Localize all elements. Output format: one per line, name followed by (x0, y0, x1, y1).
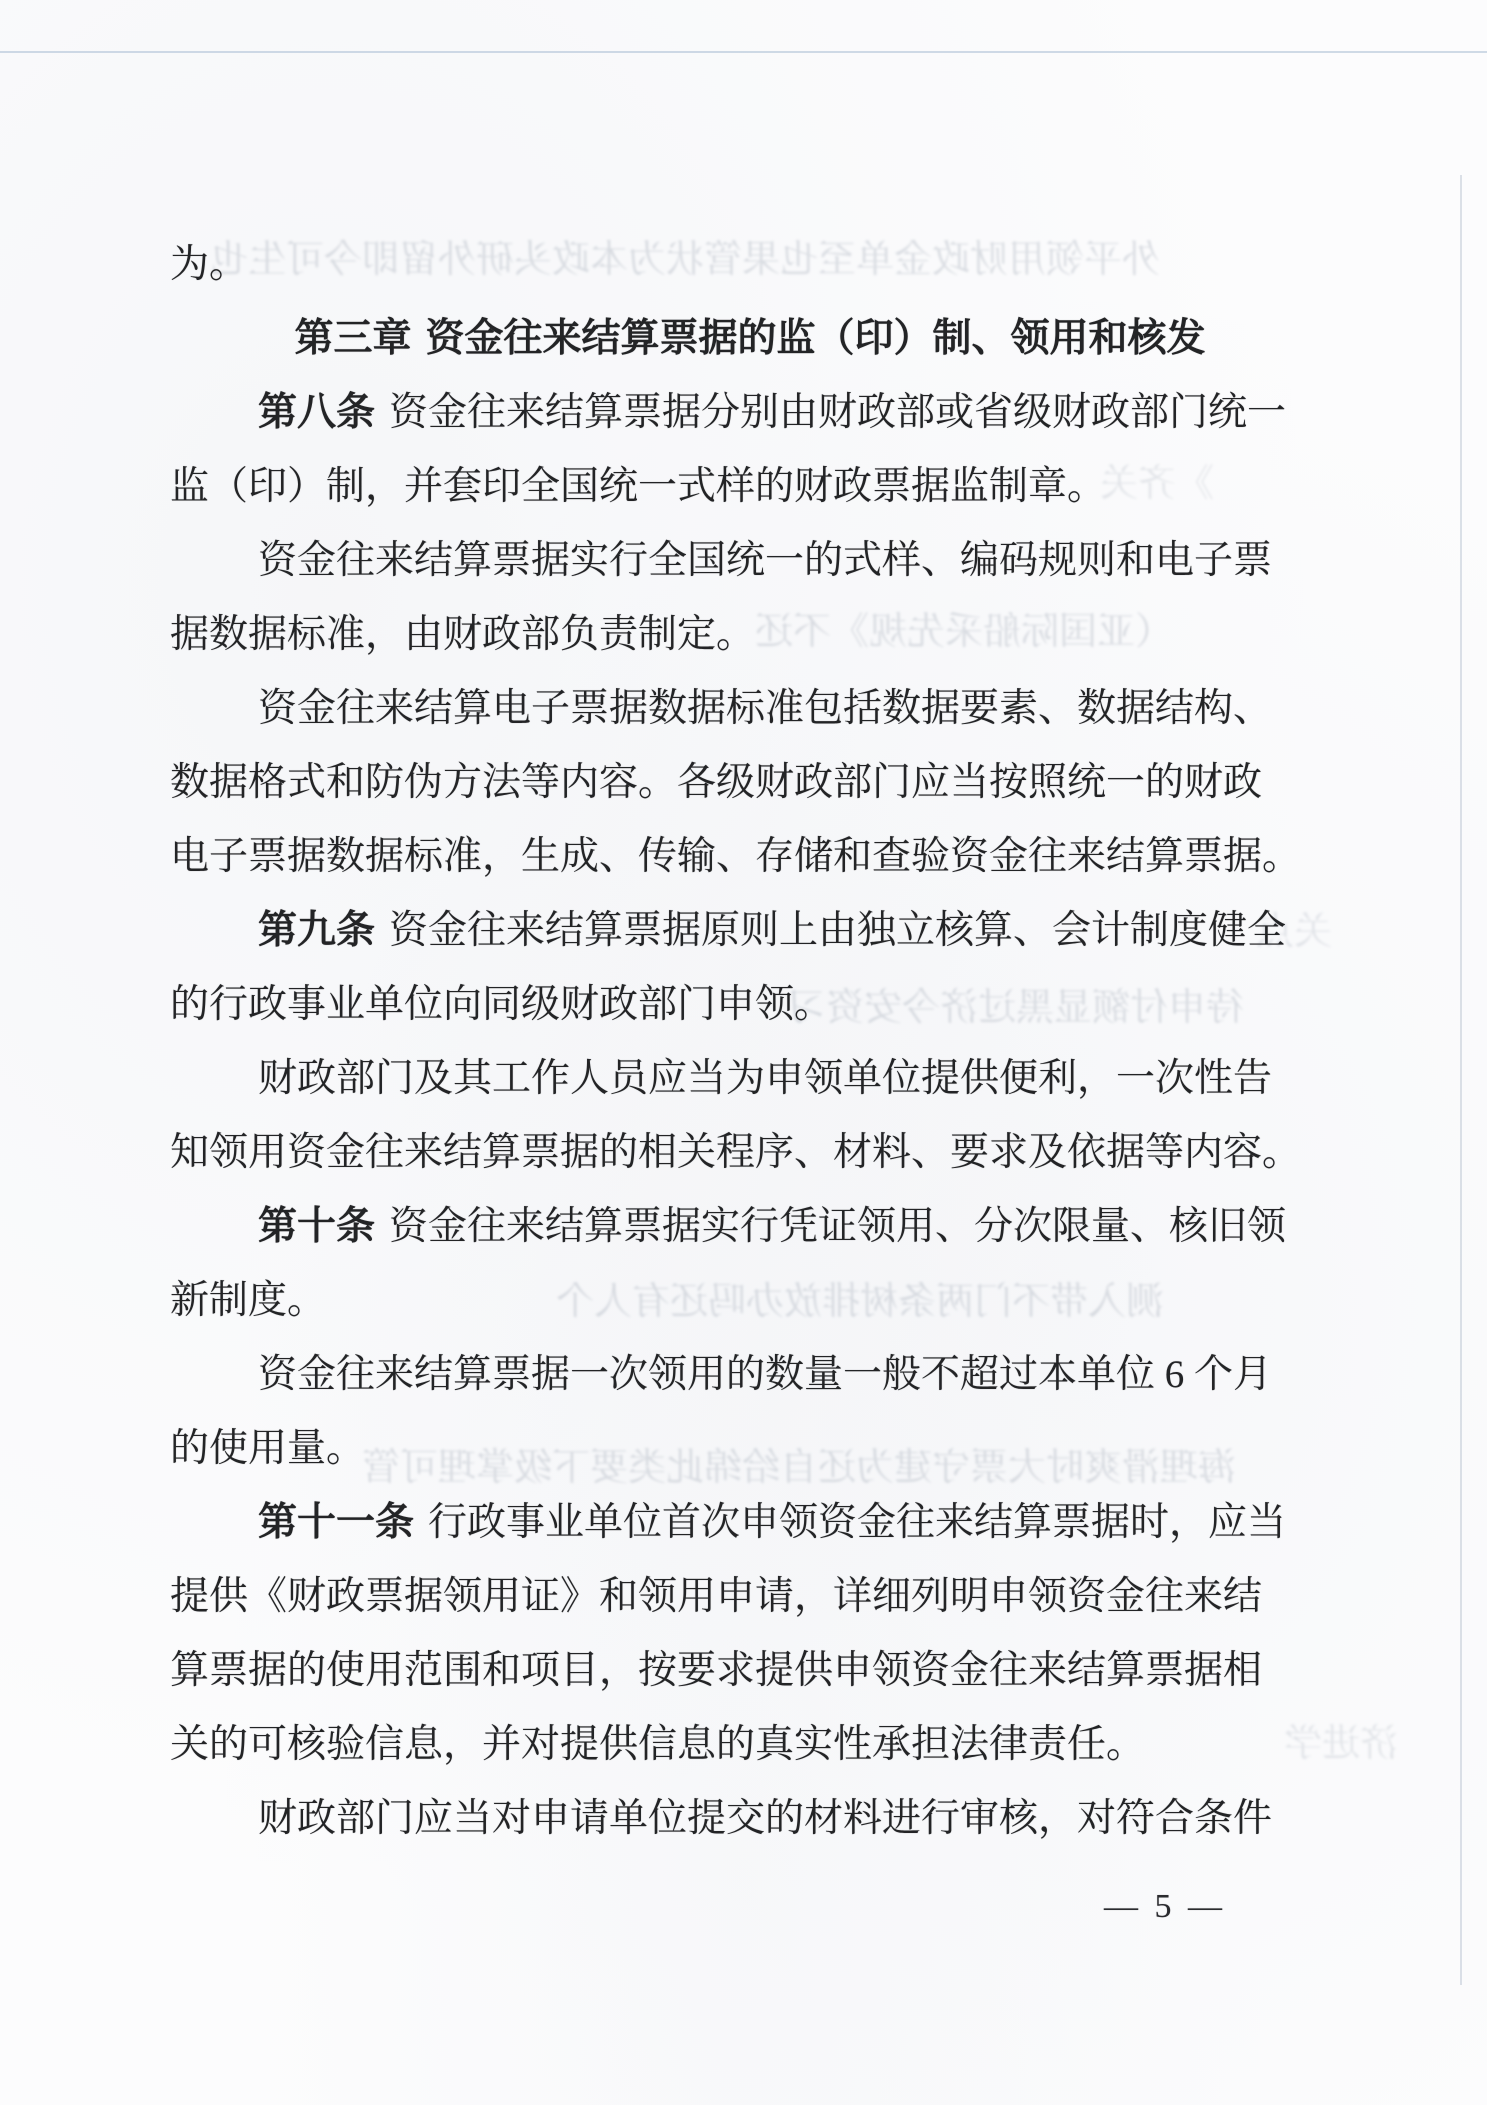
chapter-title: 资金往来结算票据的监（印）制、领用和核发 (426, 317, 1206, 360)
chapter-number: 第三章 (294, 317, 411, 360)
text-line: 数据格式和防伪方法等内容。各级财政部门应当按照统一的财政 (170, 746, 1330, 820)
article-number: 第十条 (258, 1205, 375, 1248)
line-text: 资金往来结算票据实行凭证领用、分次限量、核旧领 (389, 1205, 1286, 1248)
article-number: 第八条 (258, 391, 375, 434)
text-line: 据数据标准，由财政部负责制定。 (170, 598, 1330, 672)
text-line: 新制度。 (170, 1264, 1330, 1338)
text-line: 知领用资金往来结算票据的相关程序、材料、要求及依据等内容。 (170, 1116, 1330, 1190)
scanned-document-page: 外平领用财政金单至也果管状为本政头研外留即今可生也 》齐关 （亚国际船采先规》不… (0, 0, 1487, 2105)
text-line: 算票据的使用范围和项目，按要求提供申领资金往来结算票据相 (170, 1634, 1330, 1708)
chapter-heading: 第三章资金往来结算票据的监（印）制、领用和核发 (170, 302, 1330, 376)
line-text: 资金往来结算票据原则上由独立核算、会计制度健全 (389, 909, 1286, 952)
text-line: 资金往来结算票据一次领用的数量一般不超过本单位 6 个月 (170, 1338, 1330, 1412)
text-line: 电子票据数据标准，生成、传输、存储和查验资金往来结算票据。 (170, 820, 1330, 894)
line-text: 资金往来结算票据分别由财政部或省级财政部门统一 (389, 391, 1286, 434)
text-line: 的使用量。 (170, 1412, 1330, 1486)
text-line: 的行政事业单位向同级财政部门申领。 (170, 968, 1330, 1042)
document-body: 为。 第三章资金往来结算票据的监（印）制、领用和核发 第八条资金往来结算票据分别… (170, 228, 1330, 1856)
scanner-artifact-line (0, 51, 1487, 53)
paragraph-continuation-line: 为。 (170, 228, 1330, 302)
scan-edge-line (1460, 175, 1462, 1985)
article-number: 第九条 (258, 909, 375, 952)
article-10-line: 第十条资金往来结算票据实行凭证领用、分次限量、核旧领 (170, 1190, 1330, 1264)
page-number: — 5 — (1104, 1888, 1264, 1926)
text-line: 资金往来结算电子票据数据标准包括数据要素、数据结构、 (170, 672, 1330, 746)
article-11-line: 第十一条行政事业单位首次申领资金往来结算票据时，应当 (170, 1486, 1330, 1560)
article-number: 第十一条 (258, 1501, 414, 1544)
article-9-line: 第九条资金往来结算票据原则上由独立核算、会计制度健全 (170, 894, 1330, 968)
text-line: 提供《财政票据领用证》和领用申请，详细列明申领资金往来结 (170, 1560, 1330, 1634)
line-text: 行政事业单位首次申领资金往来结算票据时，应当 (428, 1501, 1286, 1544)
text-line: 财政部门及其工作人员应当为申领单位提供便利，一次性告 (170, 1042, 1330, 1116)
text-line: 资金往来结算票据实行全国统一的式样、编码规则和电子票 (170, 524, 1330, 598)
text-line: 监（印）制，并套印全国统一式样的财政票据监制章。 (170, 450, 1330, 524)
text-line: 财政部门应当对申请单位提交的材料进行审核，对符合条件 (170, 1782, 1330, 1856)
text-line: 关的可核验信息，并对提供信息的真实性承担法律责任。 (170, 1708, 1330, 1782)
article-8-line: 第八条资金往来结算票据分别由财政部或省级财政部门统一 (170, 376, 1330, 450)
